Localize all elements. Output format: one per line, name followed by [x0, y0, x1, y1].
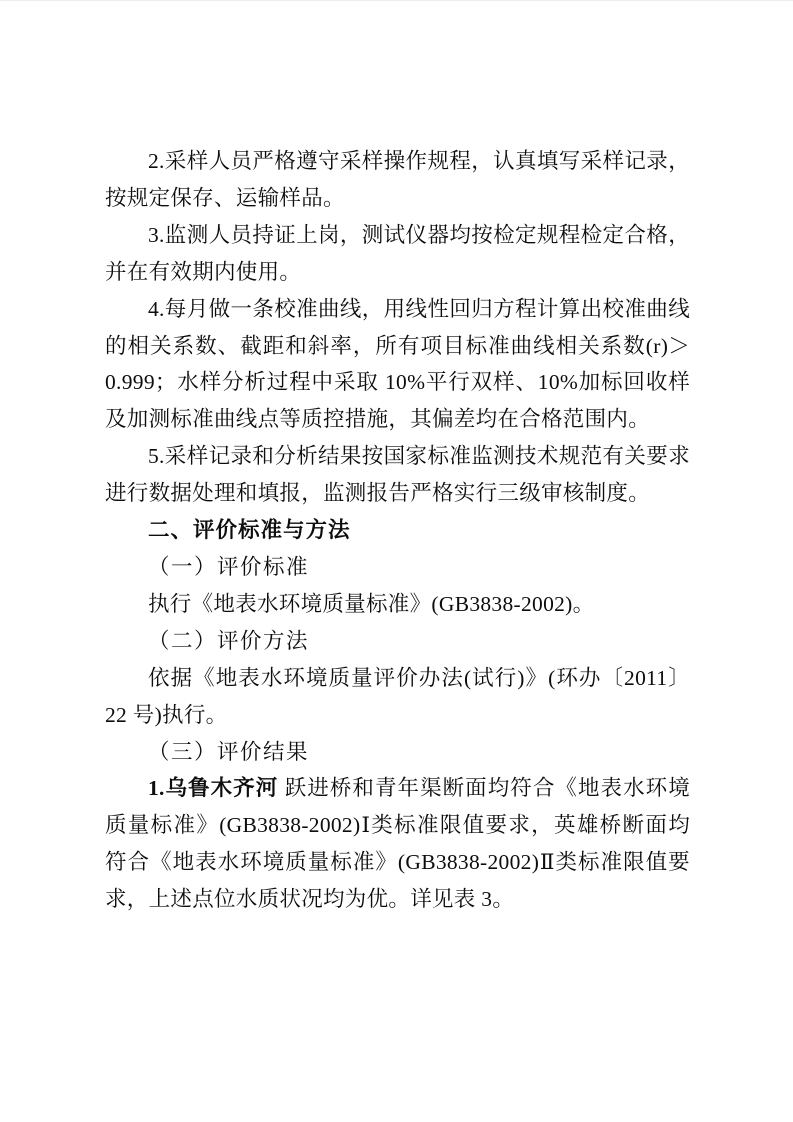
section-heading-evaluation-standards-methods: 二、评价标准与方法 [105, 512, 690, 549]
document-body: 2.采样人员严格遵守采样操作规程，认真填写采样记录，按规定保存、运输样品。 3.… [105, 143, 690, 918]
subheading-evaluation-method: （二）评价方法 [105, 623, 690, 660]
subheading-evaluation-standard: （一）评价标准 [105, 549, 690, 586]
paragraph-3-monitoring-personnel: 3.监测人员持证上岗，测试仪器均按检定规程检定合格，并在有效期内使用。 [105, 217, 690, 291]
subheading-evaluation-results: （三）评价结果 [105, 734, 690, 771]
paragraph-2-sampling-personnel: 2.采样人员严格遵守采样操作规程，认真填写采样记录，按规定保存、运输样品。 [105, 143, 690, 217]
paragraph-urumqi-river-result: 1.乌鲁木齐河跃进桥和青年渠断面均符合《地表水环境质量标准》(GB3838-20… [105, 770, 690, 918]
paragraph-standard-gb3838: 执行《地表水环境质量标准》(GB3838-2002)。 [105, 586, 690, 623]
document-page: 2.采样人员严格遵守采样操作规程，认真填写采样记录，按规定保存、运输样品。 3.… [0, 0, 793, 1122]
paragraph-5-sampling-records: 5.采样记录和分析结果按国家标准监测技术规范有关要求进行数据处理和填报，监测报告… [105, 438, 690, 512]
river-name-bold-lead: 1.乌鲁木齐河 [148, 776, 278, 800]
paragraph-method-basis: 依据《地表水环境质量评价办法(试行)》(环办〔2011〕22 号)执行。 [105, 660, 690, 734]
paragraph-4-calibration-curve: 4.每月做一条校准曲线，用线性回归方程计算出校准曲线的相关系数、截距和斜率，所有… [105, 291, 690, 439]
